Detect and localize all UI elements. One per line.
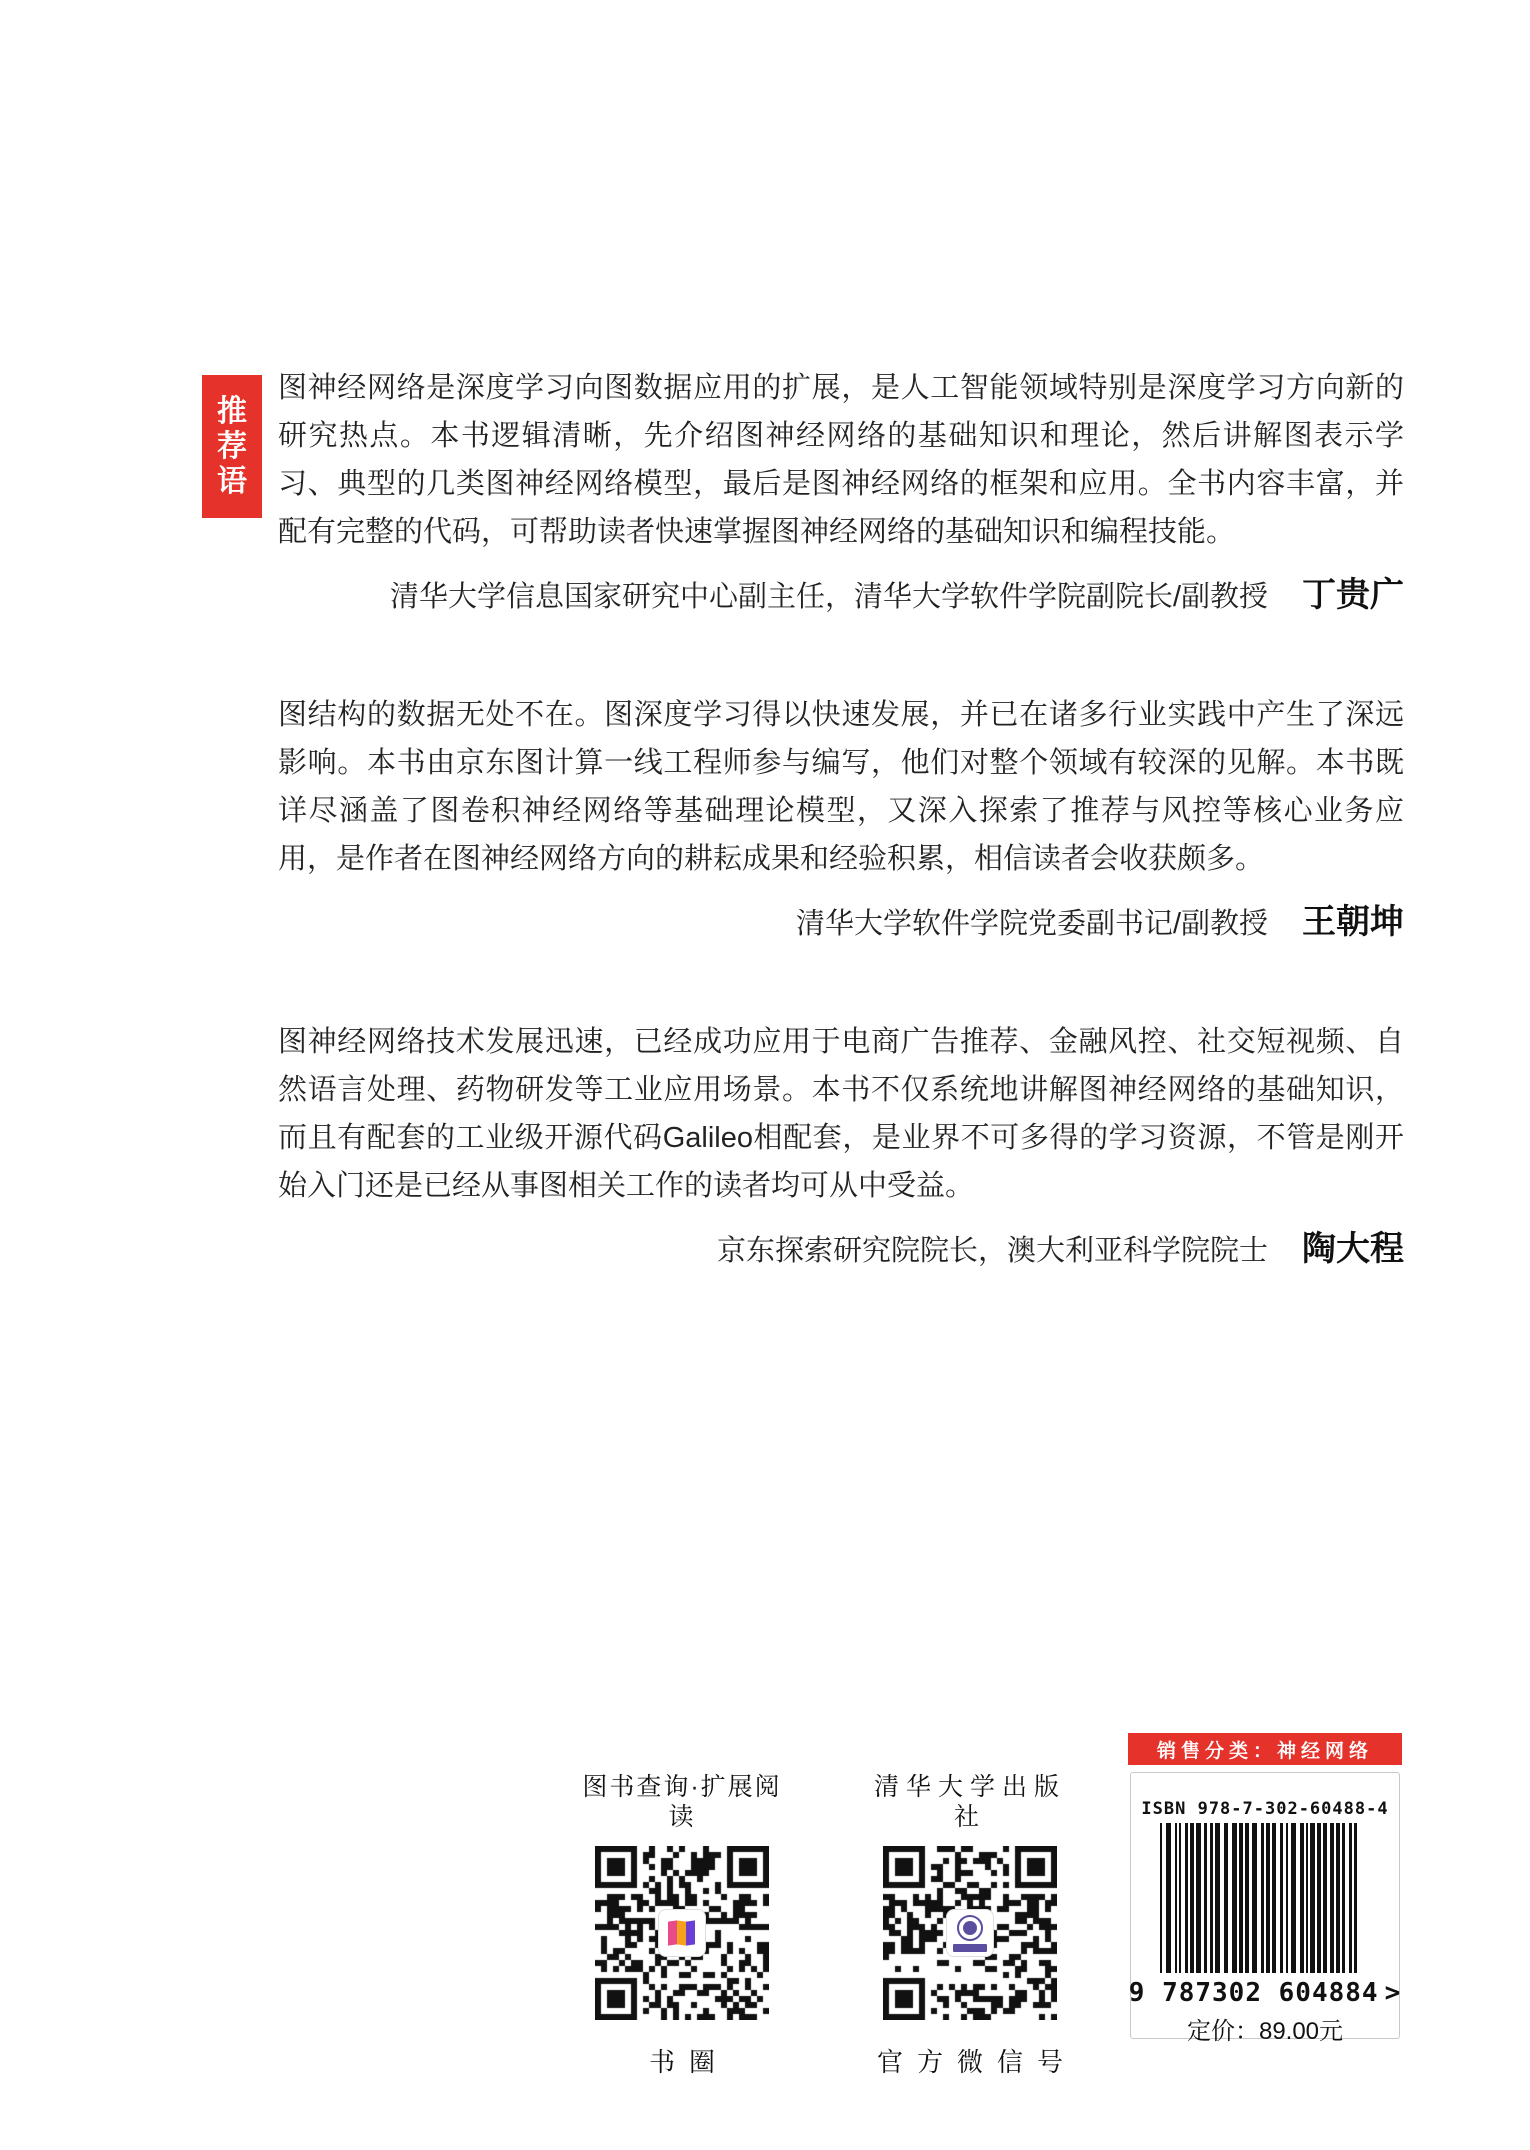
recommendation-tab: 推 荐 语 (202, 375, 262, 518)
ean-barcode (1160, 1823, 1370, 1978)
recommendations-column: 图神经网络是深度学习向图数据应用的扩展，是人工智能领域特别是深度学习方向新的研究… (278, 364, 1404, 1345)
tab-char: 语 (217, 467, 247, 497)
qr-title: 图书查询·扩展阅读 (572, 1772, 792, 1832)
book-back-cover: 推 荐 语 图神经网络是深度学习向图数据应用的扩展，是人工智能领域特别是深度学习… (0, 0, 1530, 2150)
recommendation-text: 图神经网络是深度学习向图数据应用的扩展，是人工智能领域特别是深度学习方向新的研究… (278, 364, 1404, 556)
recommendation-block-2: 图结构的数据无处不在。图深度学习得以快速发展，并已在诸多行业实践中产生了深远影响… (278, 691, 1404, 948)
tsinghua-seal-icon (946, 1909, 994, 1957)
qr-section-tsinghua-press: 清华大学出版社 官方微信号 (860, 1772, 1080, 2079)
recommendation-text: 图神经网络技术发展迅速，已经成功应用于电商广告推荐、金融风控、社交短视频、自然语… (278, 1018, 1404, 1210)
attribution-title: 清华大学软件学院党委副书记/副教授 (796, 908, 1268, 940)
barcode-section: 销售分类：神经网络 ISBN 978-7-302-60488-4 9 78730… (1128, 1733, 1402, 2039)
qr-section-book-circle: 图书查询·扩展阅读 书圈 (572, 1772, 792, 2079)
tab-char: 推 (217, 397, 247, 427)
barcode-arrow: > (1385, 1978, 1402, 2008)
qr-title: 清华大学出版社 (860, 1772, 1080, 1832)
endorser-name: 陶大程 (1302, 1231, 1404, 1268)
qr-code-book-circle (595, 1846, 769, 2020)
endorser-name: 丁贵广 (1302, 577, 1404, 614)
isbn-number: ISBN 978-7-302-60488-4 (1141, 1799, 1388, 1819)
endorser-name: 王朝坤 (1302, 904, 1404, 941)
attribution-title: 清华大学信息国家研究中心副主任，清华大学软件学院副院长/副教授 (390, 581, 1268, 613)
qr-code-tsinghua-wechat (883, 1846, 1057, 2020)
tab-char: 荐 (217, 432, 247, 462)
barcode-digits: 9 787302 604884> (1129, 1980, 1401, 2006)
recommendation-text: 图结构的数据无处不在。图深度学习得以快速发展，并已在诸多行业实践中产生了深远影响… (278, 691, 1404, 883)
recommendation-attribution: 清华大学软件学院党委副书记/副教授王朝坤 (278, 899, 1404, 948)
qr-caption: 官方微信号 (860, 2042, 1080, 2079)
recommendation-block-3: 图神经网络技术发展迅速，已经成功应用于电商广告推荐、金融风控、社交短视频、自然语… (278, 1018, 1404, 1275)
barcode-box: ISBN 978-7-302-60488-4 9 787302 604884> … (1130, 1772, 1400, 2039)
attribution-title: 京东探索研究院院长，澳大利亚科学院院士 (717, 1235, 1268, 1267)
recommendation-attribution: 京东探索研究院院长，澳大利亚科学院院士陶大程 (278, 1226, 1404, 1275)
recommendation-block-1: 图神经网络是深度学习向图数据应用的扩展，是人工智能领域特别是深度学习方向新的研究… (278, 364, 1404, 621)
price-label: 定价：89.00元 (1187, 2011, 1343, 2046)
book-pages-icon (658, 1909, 706, 1957)
qr-caption: 书圈 (572, 2042, 792, 2079)
sales-category-banner: 销售分类：神经网络 (1128, 1733, 1402, 1765)
recommendation-attribution: 清华大学信息国家研究中心副主任，清华大学软件学院副院长/副教授丁贵广 (278, 572, 1404, 621)
